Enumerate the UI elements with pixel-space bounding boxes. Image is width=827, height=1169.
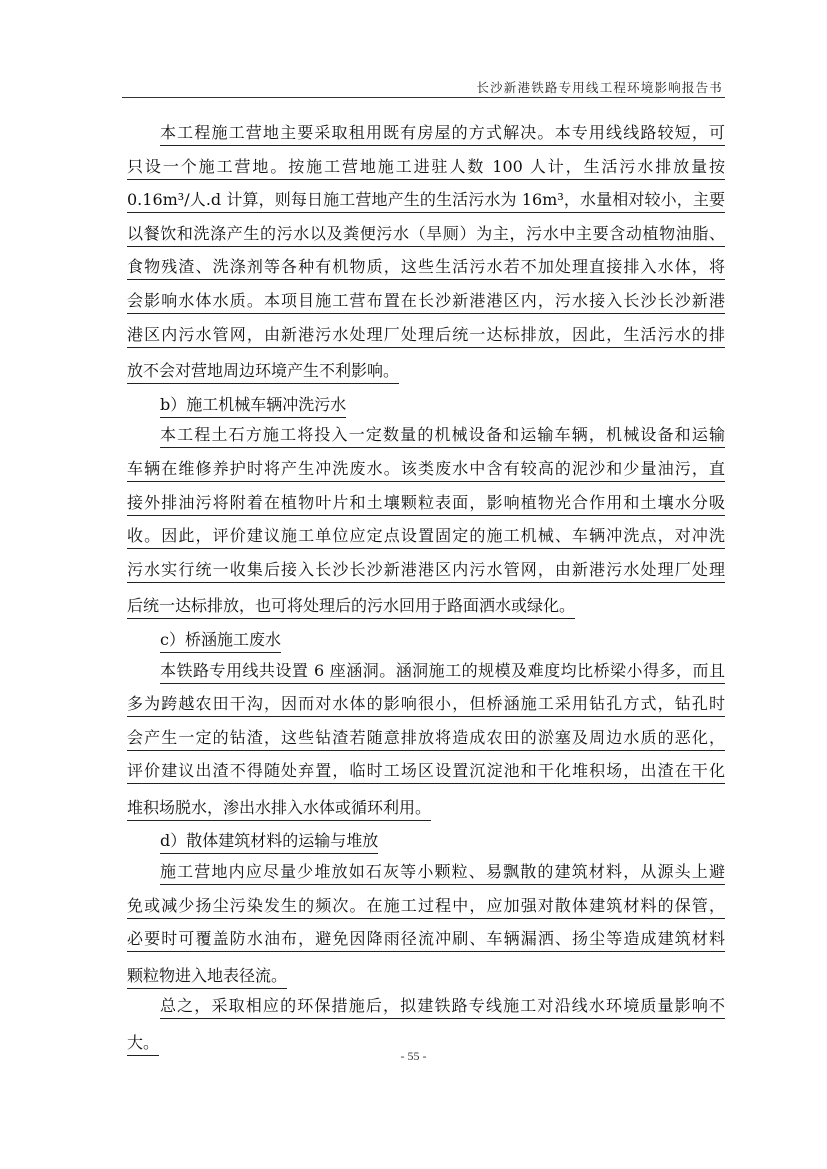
text-line: 颗粒物进入地表径流。: [127, 962, 725, 996]
text-line: 堆积场脱水，渗出水排入水体或循环利用。: [127, 794, 725, 828]
paragraph: 施工营地内应尽量少堆放如石灰等小颗粒、易飘散的建筑材料，从源头上避免或减少扬尘污…: [127, 861, 725, 995]
line-text: 会产生一定的钻渣，这些钻渣若随意排放将造成农田的淤塞及周边水质的恶化，: [127, 727, 725, 751]
text-line: 港区内污水管网，由新港污水处理厂处理后统一达标排放，因此，生活污水的排: [127, 324, 725, 358]
page-number: - 55 -: [0, 1049, 827, 1064]
text-line: 本工程施工营地主要采取租用既有房屋的方式解决。本专用线线路较短，可: [127, 122, 725, 156]
text-line: 污水实行统一收集后接入长沙长沙新港港区内污水管网，由新港污水处理厂处理: [127, 559, 725, 593]
line-text: 评价建议出渣不得随处弃置，临时工场区设置沉淀池和干化堆积场，出渣在干化: [127, 760, 725, 784]
text-line: 接外排油污将附着在植物叶片和土壤颗粒表面，影响植物光合作用和土壤水分吸: [127, 492, 725, 526]
text-line: 0.16m³/人.d 计算，则每日施工营地产生的生活污水为 16m³，水量相对较…: [127, 189, 725, 223]
text-line: b）施工机械车辆冲洗污水: [127, 391, 725, 425]
text-line: 以餐饮和洗涤产生的污水以及粪便污水（旱厕）为主，污水中主要含动植物油脂、: [127, 223, 725, 257]
line-text: 以餐饮和洗涤产生的污水以及粪便污水（旱厕）为主，污水中主要含动植物油脂、: [127, 223, 725, 247]
line-text: c）桥涵施工废水: [160, 629, 281, 653]
line-text: 只设一个施工营地。按施工营地施工进驻人数 100 人计，生活污水排放量按: [127, 156, 725, 180]
text-line: 会产生一定的钻渣，这些钻渣若随意排放将造成农田的淤塞及周边水质的恶化，: [127, 727, 725, 761]
line-text: 会影响水体水质。本项目施工营布置在长沙新港港区内，污水接入长沙长沙新港: [127, 290, 725, 314]
line-text: 本铁路专用线共设置 6 座涵洞。涵洞施工的规模及难度均比桥梁小得多，而且: [160, 660, 725, 684]
text-line: 本铁路专用线共设置 6 座涵洞。涵洞施工的规模及难度均比桥梁小得多，而且: [127, 660, 725, 694]
line-text: 施工营地内应尽量少堆放如石灰等小颗粒、易飘散的建筑材料，从源头上避: [160, 861, 725, 885]
document-title: 长沙新港铁路专用线工程环境影响报告书: [476, 78, 723, 96]
text-line: 收。因此，评价建议施工单位应定点设置固定的施工机械、车辆冲洗点，对冲洗: [127, 525, 725, 559]
text-line: 总之，采取相应的环保措施后，拟建铁路专线施工对沿线水环境质量影响不: [127, 995, 725, 1029]
text-line: 必要时可覆盖防水油布，避免因降雨径流冲刷、车辆漏洒、扬尘等造成建筑材料: [127, 928, 725, 962]
line-text: b）施工机械车辆冲洗污水: [160, 394, 346, 418]
line-text: 0.16m³/人.d 计算，则每日施工营地产生的生活污水为 16m³，水量相对较…: [127, 189, 725, 213]
line-text: 收。因此，评价建议施工单位应定点设置固定的施工机械、车辆冲洗点，对冲洗: [127, 525, 725, 549]
line-text: 后统一达标排放，也可将处理后的污水回用于路面洒水或绿化。: [127, 595, 575, 619]
line-text: 港区内污水管网，由新港污水处理厂处理后统一达标排放，因此，生活污水的排: [127, 324, 725, 348]
line-text: 接外排油污将附着在植物叶片和土壤颗粒表面，影响植物光合作用和土壤水分吸: [127, 492, 725, 516]
line-text: d）散体建筑材料的运输与堆放: [160, 830, 378, 854]
text-line: 后统一达标排放，也可将处理后的污水回用于路面洒水或绿化。: [127, 592, 725, 626]
line-text: 本工程施工营地主要采取租用既有房屋的方式解决。本专用线线路较短，可: [160, 122, 725, 146]
text-line: 只设一个施工营地。按施工营地施工进驻人数 100 人计，生活污水排放量按: [127, 156, 725, 190]
section-heading: c）桥涵施工废水: [127, 626, 725, 660]
text-line: 车辆在维修养护时将产生冲洗废水。该类废水中含有较高的泥沙和少量油污，直: [127, 458, 725, 492]
text-line: 放不会对营地周边环境产生不利影响。: [127, 357, 725, 391]
text-line: 食物残渣、洗涤剂等各种有机物质，这些生活污水若不加处理直接排入水体，将: [127, 256, 725, 290]
text-line: d）散体建筑材料的运输与堆放: [127, 827, 725, 861]
line-text: 污水实行统一收集后接入长沙长沙新港港区内污水管网，由新港污水处理厂处理: [127, 559, 725, 583]
line-text: 放不会对营地周边环境产生不利影响。: [127, 360, 399, 384]
paragraph: 本工程施工营地主要采取租用既有房屋的方式解决。本专用线线路较短，可只设一个施工营…: [127, 122, 725, 391]
text-line: 评价建议出渣不得随处弃置，临时工场区设置沉淀池和干化堆积场，出渣在干化: [127, 760, 725, 794]
line-text: 堆积场脱水，渗出水排入水体或循环利用。: [127, 797, 431, 821]
paragraph: 本铁路专用线共设置 6 座涵洞。涵洞施工的规模及难度均比桥梁小得多，而且多为跨越…: [127, 660, 725, 828]
text-line: 本工程土石方施工将投入一定数量的机械设备和运输车辆，机械设备和运输: [127, 424, 725, 458]
text-line: 会影响水体水质。本项目施工营布置在长沙新港港区内，污水接入长沙长沙新港: [127, 290, 725, 324]
line-text: 车辆在维修养护时将产生冲洗废水。该类废水中含有较高的泥沙和少量油污，直: [127, 458, 725, 482]
line-text: 本工程土石方施工将投入一定数量的机械设备和运输车辆，机械设备和运输: [160, 424, 725, 448]
header-divider: [122, 97, 725, 98]
line-text: 食物残渣、洗涤剂等各种有机物质，这些生活污水若不加处理直接排入水体，将: [127, 256, 725, 280]
line-text: 颗粒物进入地表径流。: [127, 965, 287, 989]
paragraph: 本工程土石方施工将投入一定数量的机械设备和运输车辆，机械设备和运输车辆在维修养护…: [127, 424, 725, 626]
section-heading: b）施工机械车辆冲洗污水: [127, 391, 725, 425]
text-line: 施工营地内应尽量少堆放如石灰等小颗粒、易飘散的建筑材料，从源头上避: [127, 861, 725, 895]
line-text: 总之，采取相应的环保措施后，拟建铁路专线施工对沿线水环境质量影响不: [160, 995, 725, 1019]
line-text: 免或减少扬尘污染发生的频次。在施工过程中，应加强对散体建筑材料的保管，: [127, 895, 725, 919]
section-heading: d）散体建筑材料的运输与堆放: [127, 827, 725, 861]
line-text: 多为跨越农田干沟，因而对水体的影响很小，但桥涵施工采用钻孔方式，钻孔时: [127, 693, 725, 717]
text-line: 多为跨越农田干沟，因而对水体的影响很小，但桥涵施工采用钻孔方式，钻孔时: [127, 693, 725, 727]
line-text: 必要时可覆盖防水油布，避免因降雨径流冲刷、车辆漏洒、扬尘等造成建筑材料: [127, 928, 725, 952]
document-body: 本工程施工营地主要采取租用既有房屋的方式解决。本专用线线路较短，可只设一个施工营…: [127, 122, 725, 1063]
text-line: 免或减少扬尘污染发生的频次。在施工过程中，应加强对散体建筑材料的保管，: [127, 895, 725, 929]
text-line: c）桥涵施工废水: [127, 626, 725, 660]
